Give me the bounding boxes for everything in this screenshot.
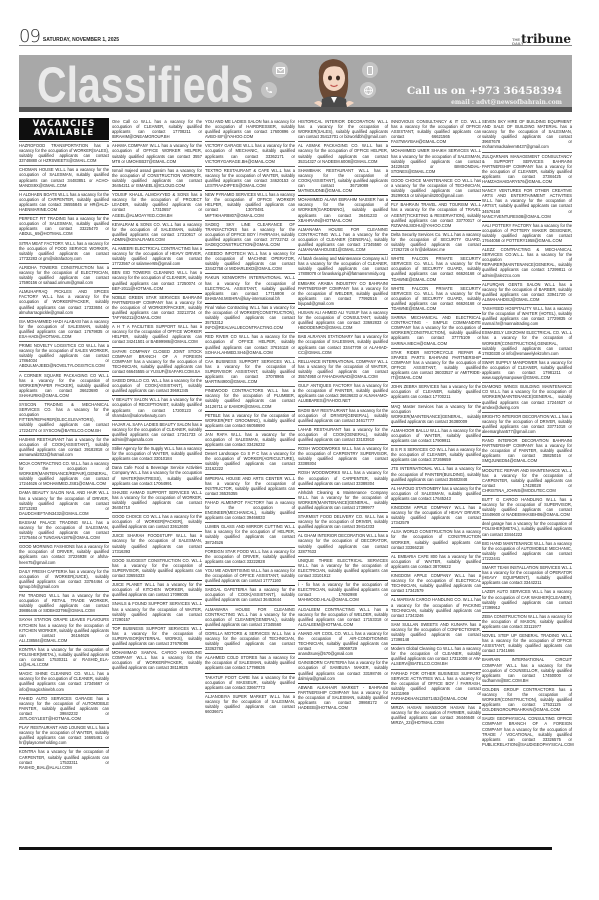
classified-listing: ALEZZ CONTRACTING & MECHANICAL SERVICES … [482, 245, 572, 280]
classified-listing: i - fix has a vacancy for the occupation… [298, 580, 388, 604]
classified-listing: SAEGAL GAFETERIA has a vacancy for the o… [205, 585, 295, 604]
classified-listing: SARINA MECHANICAL AND ELECTRICAL CONTRAC… [391, 313, 481, 348]
classified-listing: HAJAR AL SAFA LADIES BEAUTY SALON has a … [112, 420, 202, 444]
classified-listing: ZULQARNAIN MANAGEMENT CONSULTANCY & SUPP… [482, 152, 572, 187]
classified-listing: PRIME NOVELTY LOGISTICS CO W.L.L has a v… [19, 341, 109, 370]
classified-listing: NOBLE GREEN STAR SERVICES BAHRAINI PARTN… [112, 293, 202, 322]
classified-listing: JUICE PLANET W.L.L has a vacancy for the… [112, 580, 202, 599]
classified-listing: SWAR SUPPLY MANPOWER has a vacancy for t… [482, 358, 572, 382]
classified-listing: KONTRA has a vacancy for the occupation … [19, 645, 109, 669]
classified-listing: AL EMBARIA CAFE 800 has a vacancy for th… [391, 552, 481, 571]
classified-listing: GAINSBORN CAFETERIA has a vacancy for th… [298, 658, 388, 682]
classified-listing: GOOD CHOICE CO W.L.L has a vacancy for t… [112, 512, 202, 531]
classified-listing: DAMA BEAUTY SALON NAIL AND HAIR W.L.L ha… [19, 488, 109, 517]
classified-listing: LUMEN GLASS AND MIRROR CUTTING W.L.L has… [205, 522, 295, 546]
classified-listing: Al fatah cleaning and Maintenance Compan… [298, 254, 388, 278]
classified-listing: GOOD MORNING FASHIONS has a vacancy for … [19, 542, 109, 566]
classified-listing: RED RIVER CO W.L.L has a vacancy for the… [205, 332, 295, 356]
classified-listing: GORILLA MOTORS & SERVICES W.L.L has a va… [205, 629, 295, 653]
classified-listing: Alnhdah Cleaning & Maintenance Company W… [298, 488, 388, 512]
classified-listing: STAR RIDER MOTORCYCLE REPAIR & SPARES PA… [391, 348, 481, 383]
classified-listing: A H T A FACILITIES SUPPORT W.L.L has a v… [112, 322, 202, 346]
header-rule [19, 45, 572, 46]
classified-listing: SYSCON TRADING & MECHANICAL SERVICES CO.… [19, 400, 109, 435]
classified-listing: SAFARI COMPANY CLOSED JOINT STOCK COMPAN… [112, 347, 202, 376]
classified-listing: ALMANAMA HOUSE FOR CLEANING CONTRACTING … [298, 225, 388, 254]
classified-listing: KINGDOM APPLE COMPANY W.L.L has a vacanc… [391, 571, 481, 595]
banner-title: Classifieds [37, 59, 253, 111]
classified-listing: VICTORY GARAGE W.L.L has a vacancy for t… [205, 141, 295, 165]
classified-listing: LAZER AUTO SERVICES W.L.L has a vacancy … [482, 587, 572, 611]
classified-listing: ALAHMED COLD STORES has a vacancy for th… [205, 653, 295, 672]
classified-listing: NEW PYRAMID SERVICES W.L.L has a vacancy… [205, 190, 295, 219]
classified-listing: MOHAMMAD SAMYAL CARGO HANDLING COMPANY W… [112, 648, 202, 672]
classified-listing: NOVEL STEP UP GENERAL TRADING W.L.L has … [482, 631, 572, 655]
classified-listing: ALSA WORLD CONSTRUCTION has a vacancy fo… [391, 527, 481, 551]
classified-listing: Ismail majeed assad gassim has a vacancy… [112, 166, 202, 190]
classified-listing: MOJA CONTRACTING CO. W.L.L has a vacancy… [19, 459, 109, 488]
classified-listing: ESMAEELY LEKZOHM ELECTRICAL CO. W.L.L ha… [482, 328, 572, 357]
phone-icon [261, 82, 277, 98]
call-us-phone: Call us on +973 36458394 [407, 85, 562, 97]
classified-listing: ALMAHOOR BALLU W.L.L has a vacancy for t… [391, 426, 481, 445]
classified-listing: A CORNER SQUARE PACKAGING CO W.L.L has a… [19, 371, 109, 400]
classified-listing: SITRA MEAT FACTORY. W.L.L has a vacancy … [19, 239, 109, 263]
page-number: 09 [19, 29, 40, 45]
classified-listing: INNOVIOUS CONSULTANCY & IT CO. W.L.L has… [391, 118, 481, 146]
classified-listing: BIG HAND MAINTENANCE W.L.L has a vacancy… [482, 539, 572, 563]
classified-listing: BEN EID TOWERS CLEANING W.L.L has a vaca… [112, 268, 202, 292]
classified-listing: HASHMI RESTAURANT has a vacancy for the … [19, 435, 109, 459]
classified-listing: GULF ANTIQUES FACTORY has a vacancy for … [298, 381, 388, 405]
classified-listing: RELLIANCE INTERNATIONAL COMPANY W.L.L ha… [298, 357, 388, 381]
classified-listing: MOHAMMED ALAWI EBRAHIM NASSER has a vaca… [298, 195, 388, 224]
classified-listing: YOU ME ADVERTISING W.L.L has a vacancy f… [205, 566, 295, 585]
column-6: SEVEN SKY HIRE OF BUILDING EQUIPMENT AND… [482, 118, 572, 749]
cartoon-woman-illustration [311, 55, 357, 112]
classified-listing: ZEBA CONSTRUCTION W.L.L has a vacancy fo… [482, 612, 572, 631]
classified-listing: H ALDHAEN BOATS W.L.L has a vacancy for … [19, 190, 109, 214]
classified-listing: AL GHAM INTERIOR DECORATION W.L.L has a … [298, 531, 388, 555]
classified-listing: PLAY RESTAURANT AND LOUNGE W.L.L has a v… [19, 723, 109, 747]
classified-listing: ROSH WOODWORKS W.L.L has a vacancy for t… [298, 468, 388, 487]
classified-listing: ALRIDHA TOWERS CONSTRUCTION has a vacanc… [19, 263, 109, 287]
classified-listing: KONTRA has a vacancy for the occupation … [19, 747, 109, 771]
classifieds-banner: Classifieds Call us on +973 36458394 ema… [19, 55, 572, 112]
classified-listing: SAUDI GEOPHYSICAL CONSULTING OFFICE COMP… [482, 714, 572, 749]
classified-listing: FAHED AUTO SERVICES GARAGE has a vacancy… [19, 694, 109, 723]
classified-listing: FLY BAHRAIN TRAVEL AND TOURISM W.L.L has… [391, 200, 481, 229]
classified-listing: FARHAD FOR OTHER BUSINESS SUPPORT SERVIC… [391, 669, 481, 704]
classified-listing: FM TRADING W.L.L has a vacancy for the o… [19, 591, 109, 615]
classified-listing: ANAND AIR COOL CO. W.L.L has a vacancy f… [298, 629, 388, 658]
classified-listing: GOOD CHOICE MAINTENANCE CO W.L.L has a v… [391, 176, 481, 200]
classified-listing: BAHRAIN INTERNATIONAL CIRCUIT COMPANY W.… [482, 655, 572, 684]
classified-listing: AALI POTTERY FACTORY has a vacancy for t… [482, 221, 572, 245]
classified-listing: Dana Cafe Food & Beverage Service Activi… [112, 463, 202, 487]
classified-listing: V BEAUTY SALON W.L.L has a vacancy for t… [112, 395, 202, 419]
classifieds-columns: VACANCIES AVAILABLE HAZROFOOD TRANSPORTA… [19, 118, 572, 838]
classified-listing: DIAMOND WINGS BUILDING MAINTENANCE CO W.… [482, 382, 572, 411]
classified-listing: SMART TEAM INSTALLATION SERVICES W.L.L h… [482, 563, 572, 587]
classified-listing: MIRZA HASAN MANSOOR HASAN has a vacancy … [391, 703, 481, 727]
globe-icon [360, 82, 376, 98]
classified-listing: Stiller Agency for the Supply W.L.L has … [112, 444, 202, 463]
classified-listing: AL AMEERI ELECTRICAL CONTRACTING has a v… [112, 244, 202, 268]
classified-listing: ALMAWARA HOUSE FOR CLEANING CONTRACTING … [205, 605, 295, 629]
classified-listing: KINGDOM APPLE COMPANY W.L.L has a vacanc… [391, 503, 481, 527]
classified-listing: ALMUHAFRAQ PICKLES AND SPICES FACTORY W.… [19, 287, 109, 316]
classified-listing: ALGALEEM CONTRACTING W.L.L has a vacancy… [298, 605, 388, 629]
classified-listing: FOREIGN STAR FOOD W.L.L has a vacancy fo… [205, 547, 295, 566]
classified-listing: UNIQUE THREE ELECTRICAL SERVICES W.L.L h… [298, 556, 388, 580]
classified-listing: B S R S SERVICES CO W.L.L has a vacancy … [391, 445, 481, 464]
mobile-icon [362, 62, 378, 78]
classified-listing: Modern Global Cleaning Co W.L.L has a va… [391, 644, 481, 668]
classified-listing: GOLDEN GROUP CONTRACTORS has a vacancy f… [482, 685, 572, 714]
classified-listing: RAKUN KENWORTH INTERNATIONAL W.L.L has a… [205, 273, 295, 302]
classified-listing: SNAILS & FOUND SUPPORT SERVICES W.L.L ha… [112, 599, 202, 623]
classified-listing: YOUSIF KHALIL ALMOAYYED & SONS has a vac… [112, 190, 202, 219]
classified-listing: BRIGHTO INTERIOR DECORATION W.L.L has a … [482, 412, 572, 436]
classified-listing: TASHYEED HOSPITALITY W.L.L has a vacancy… [482, 304, 572, 328]
column-3: YOU AND ME LADIES SALON has a vacancy fo… [205, 118, 295, 716]
classified-listing: PETBLE has a vacancy for the occupation … [205, 411, 295, 430]
column-5: INNOVIOUS CONSULTANCY & IT CO. W.L.L has… [391, 118, 481, 727]
classified-listing: GOOD SUGGEST CONSTRUCTION CO. W.L.L has … [112, 556, 202, 580]
classified-listing: Final Value Contracting W.L.L has a vaca… [205, 303, 295, 332]
vacancies-heading: VACANCIES AVAILABLE [19, 118, 109, 140]
classified-listing: MAQ Master Services has a vacancy for th… [391, 402, 481, 426]
classified-listing: AGEEDO INFOTECH W.L.L has a vacancy for … [205, 249, 295, 273]
classified-listing: BAB ALRAYAN STATIONARY has a vacancy for… [298, 332, 388, 356]
classified-listing: HISTORICAL INTERIOR DECORATION W.L.L has… [298, 118, 388, 141]
classified-listing: BUTT G CARGO HANDLING W.L.L has a vacanc… [482, 495, 572, 519]
classified-listing: JTS INTERNATIONAL W.L.L has a vacancy fo… [391, 464, 481, 483]
classified-listing: LAHAB RESTAURANT has a vacancy for the o… [298, 425, 388, 444]
column-4: HISTORICAL INTERIOR DECORATION W.L.L has… [298, 118, 388, 712]
classified-listing: SHAJEE AHMAD SUPPORT SERVICES W.L.L has … [112, 488, 202, 512]
classified-listing: SAEED DRILLO CO. W.L.L has a vacancy for… [112, 376, 202, 395]
classified-listing: TAKATUF FOOT CARE has a vacancy for the … [205, 673, 295, 692]
classified-listing: EMBARK ARABIA INDUSTRY CO BAHRAINI PARTN… [298, 279, 388, 308]
classified-listing: AL HAFOUD STATIONERY has a vacancy for t… [391, 484, 481, 503]
page-date: SATURDAY, NOVEMBER 1, 2025 [43, 37, 119, 43]
classified-listing: RANO INTERIOR DECORATION BAHRAINI PARTNE… [482, 436, 572, 465]
classified-listing: JUICE SHARAH FOODSTUFF W.L.L has a vacan… [112, 531, 202, 555]
classified-listing: HAZROFOOD TRANSPORTATION has a vacancy f… [19, 141, 109, 165]
classified-listing: IMPERIAL HOUSE AND ARTS CENTER W.L.L has… [205, 474, 295, 498]
classified-listing: MODUTEC REPAIR AND MAINTENANCE W.L.L has… [482, 466, 572, 495]
classified-listing: ALFURQAN GENTS SALON W.L.L has a vacancy… [482, 280, 572, 304]
classified-listing: AL ASMAK PACKAGING CO. W.L.L has a vacan… [298, 141, 388, 165]
classified-listing: HUSAIN ALI AHMED ALI YUSUF has a vacancy… [298, 308, 388, 332]
classified-listing: MAGIC SHINE CLEANING CO. W.L.L has a vac… [19, 669, 109, 693]
column-1: VACANCIES AVAILABLE HAZROFOOD TRANSPORTA… [19, 118, 109, 772]
classified-listing: SHAMBHAK RESTAURANT W.L.L has a vacancy … [298, 166, 388, 195]
classified-listing: ROSH WOODWORKS W.L.L has a vacancy for t… [298, 444, 388, 468]
classified-listing: BADSI BAY RESTAURANT has a vacancy for t… [298, 406, 388, 425]
classified-listing: AL MARSAN CARGO HANDLING CO. W.L.L has a… [391, 595, 481, 619]
classified-listing: deal garage has a vacancy for the occupa… [482, 519, 572, 538]
brand-logo: THE DAILY tribune [512, 32, 571, 46]
classified-listing: ABWAB ALKAHAIR MARKET - BAHRAINI PARTNER… [298, 683, 388, 712]
classified-listing: KEVALRAM & SONS CO. W.L.L has a vacancy … [112, 220, 202, 244]
brand-name: tribune [521, 32, 571, 46]
classified-listing: NANCY VENTURES FOR OTHER CREATIVE ARTS A… [482, 186, 572, 221]
masthead: 09 SATURDAY, NOVEMBER 1, 2025 [19, 27, 271, 45]
classified-listing: BASSAM PALACE TRADING W.L.L has a vacanc… [19, 518, 109, 542]
classified-listing: DAILY FRESH CAFTERIA has a vacancy for t… [19, 567, 109, 591]
vacancies-heading-line2: AVAILABLE [19, 129, 109, 138]
classified-listing: SAM SULLAN SWEETS AND KUNAFA has a vacan… [391, 620, 481, 644]
classified-listing: Desert Landscape Co S P C has a vacancy … [205, 449, 295, 473]
classified-listing: WHITE FALCON PRIVATE SECURITY SERVICES C… [391, 284, 481, 313]
column-2: One Call co W.L.L has a vacancy for the … [112, 118, 202, 673]
classified-listing: ISA MOHAMMED HADI ALABASI has a vacancy … [19, 317, 109, 341]
mail-icon [272, 62, 288, 78]
classified-listing: AHAMA COMPANY W.L.L has a vacancy for th… [112, 141, 202, 165]
classified-listing: SEVEN SKY HIRE OF BUILDING EQUIPMENT AND… [482, 118, 572, 152]
classified-listing: SAYAH STATION GRAPE LEAVES FLAVOURS KITC… [19, 615, 109, 644]
contact-email: email : advt@newsofbahrain.com [451, 99, 562, 106]
classified-listing: JAN RAFA W.L.L has a vacancy for the occ… [205, 430, 295, 449]
classified-listing: JOHN ZEBRA SERVICES has a vacancy for th… [391, 382, 481, 401]
classified-listing: PERFECT FIT TRADING has a vacancy for th… [19, 214, 109, 238]
banner-bottom-bar [19, 107, 572, 112]
classified-listing: CAA BUSINESS SUPPORT SERVICES W.L.L has … [205, 357, 295, 386]
classified-listing: ALJANOBIYA SUPER MARKET W.L.L has a vaca… [205, 692, 295, 716]
classified-listing: WHITE FALCON PRIVATE SECURITY SERVICES C… [391, 254, 481, 283]
classified-listing: One Call co W.L.L has a vacancy for the … [112, 118, 202, 141]
classified-listing: TOP BUSINESS SUPPORT SERVICES W.L.L has … [112, 624, 202, 648]
classified-listing: PINEWOOD CONTRACTORS W.L.L has a vacancy… [205, 386, 295, 410]
classified-listing: Delta Security Services Co. W.L.L has a … [391, 230, 481, 254]
classified-listing: STARMIST FOOD DELIVERY CO. W.L.L has a v… [298, 512, 388, 531]
classified-listing: CHOMAN HOUSE W.L.L has a vacancy for the… [19, 165, 109, 189]
classified-listing: MOHAMMED UMER SHAIKH SERVICES W.L.L has … [391, 146, 481, 175]
classified-listing: FAHAD ALMENFOT FACTORY has a vacancy for… [205, 498, 295, 522]
classified-listing: YOU AND ME LADIES SALON has a vacancy fo… [205, 118, 295, 141]
footer-rule [19, 847, 552, 850]
classified-listing: SADEQ SKY LINE CLEARANCE OF TRANSACTIONS… [205, 220, 295, 249]
classified-listing: TEXTRO RESTAURANT & CAFE W.L.L has a vac… [205, 166, 295, 190]
